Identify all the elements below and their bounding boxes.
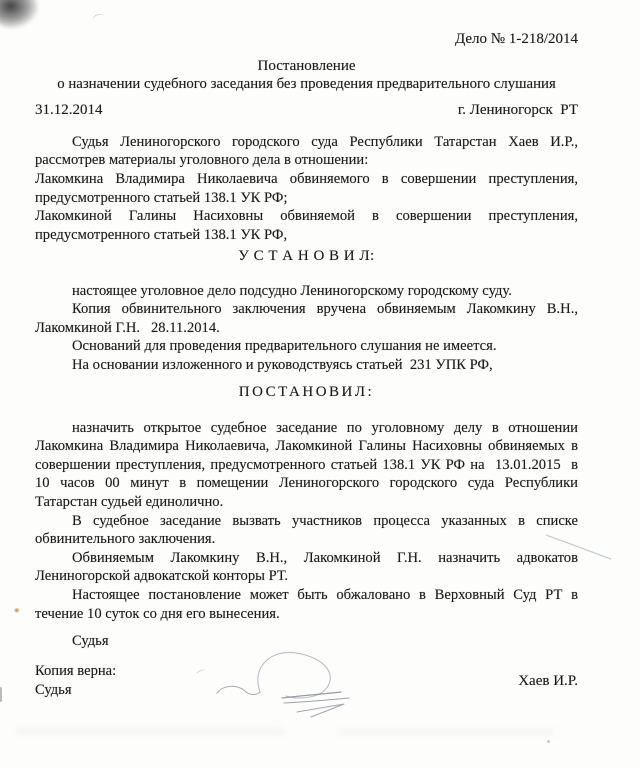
scan-smudge-top-left [0, 0, 39, 29]
text-line: течение 10 суток со дня его вынесения. [35, 605, 578, 624]
text-line: назначить открытое судебное заседание по… [35, 419, 578, 438]
text-line: Татарстан судьей единолично. [35, 493, 578, 512]
document-content: Дело № 1-218/2014 Постановление о назнач… [0, 30, 640, 699]
text-line: Настоящее постановление может быть обжал… [35, 586, 578, 605]
scan-speck-orange [14, 608, 20, 613]
case-number: Дело № 1-218/2014 [35, 30, 578, 49]
text-line: настоящее уголовное дело подсудно Ленино… [35, 282, 578, 301]
judge-signature [183, 641, 373, 725]
ustanovil-paragraph: настоящее уголовное дело подсудно Ленино… [35, 282, 578, 375]
document-page: Дело № 1-218/2014 Постановление о назнач… [0, 0, 640, 768]
judge-name: Хаев И.Р. [518, 672, 578, 691]
document-subtitle: о назначении судебного заседания без про… [35, 75, 578, 94]
text-line: совершении преступления, предусмотренног… [35, 456, 578, 475]
scan-pen-line [545, 534, 615, 562]
intro-paragraph: Судья Лениногорского городского суда Рес… [35, 133, 578, 245]
scan-speck-gray [547, 740, 550, 743]
text-line: рассмотрев материалы уголовного дела в о… [35, 151, 578, 170]
scan-mark-top [92, 12, 105, 23]
text-line: Судья Лениногорского городского суда Рес… [35, 133, 578, 152]
date-place-row: 31.12.2014 г. Лениногорск РТ [35, 101, 578, 120]
text-line: Оснований для проведения предварительног… [35, 337, 578, 356]
text-line: Копия обвинительного заключения вручена … [35, 300, 578, 319]
section-heading-postanovil: ПОСТАНОВИЛ: [35, 383, 578, 402]
text-line: Обвиняемым Лакомкину В.Н., Лакомкиной Г.… [35, 549, 578, 568]
text-line: 10 часов 00 минут в помещении Лениногорс… [35, 474, 578, 493]
text-line: В судебное заседание вызвать участников … [35, 512, 578, 531]
section-heading-ustanovil: У С Т А Н О В И Л: [35, 247, 578, 266]
text-line: Лакомкина Владимира Николаевича обвиняем… [35, 170, 578, 189]
document-date: 31.12.2014 [35, 101, 103, 120]
scan-edge-mark [0, 687, 2, 702]
text-line: Лакомкиной Г.Н. 28.11.2014. [35, 319, 578, 338]
text-line: Лакомкина Владимира Николаевича, Лакомки… [35, 437, 578, 456]
text-line: Лакомкиной Галины Насиховны обвиняемой в… [35, 207, 578, 226]
text-line: предусмотренного статьей 138.1 УК РФ; [35, 189, 578, 208]
postanovil-paragraph: назначить открытое судебное заседание по… [35, 419, 578, 624]
text-line: предусмотренного статьей 138.1 УК РФ, [35, 226, 578, 245]
scan-shade [340, 728, 555, 736]
scan-shade [15, 727, 285, 736]
text-line: На основании изложенного и руководствуяс… [35, 356, 578, 375]
document-place: г. Лениногорск РТ [458, 101, 578, 120]
text-line: Лениногорской адвокатской конторы РТ. [35, 567, 578, 586]
text-line: обвинительного заключения. [35, 530, 578, 549]
document-title: Постановление [35, 57, 578, 76]
